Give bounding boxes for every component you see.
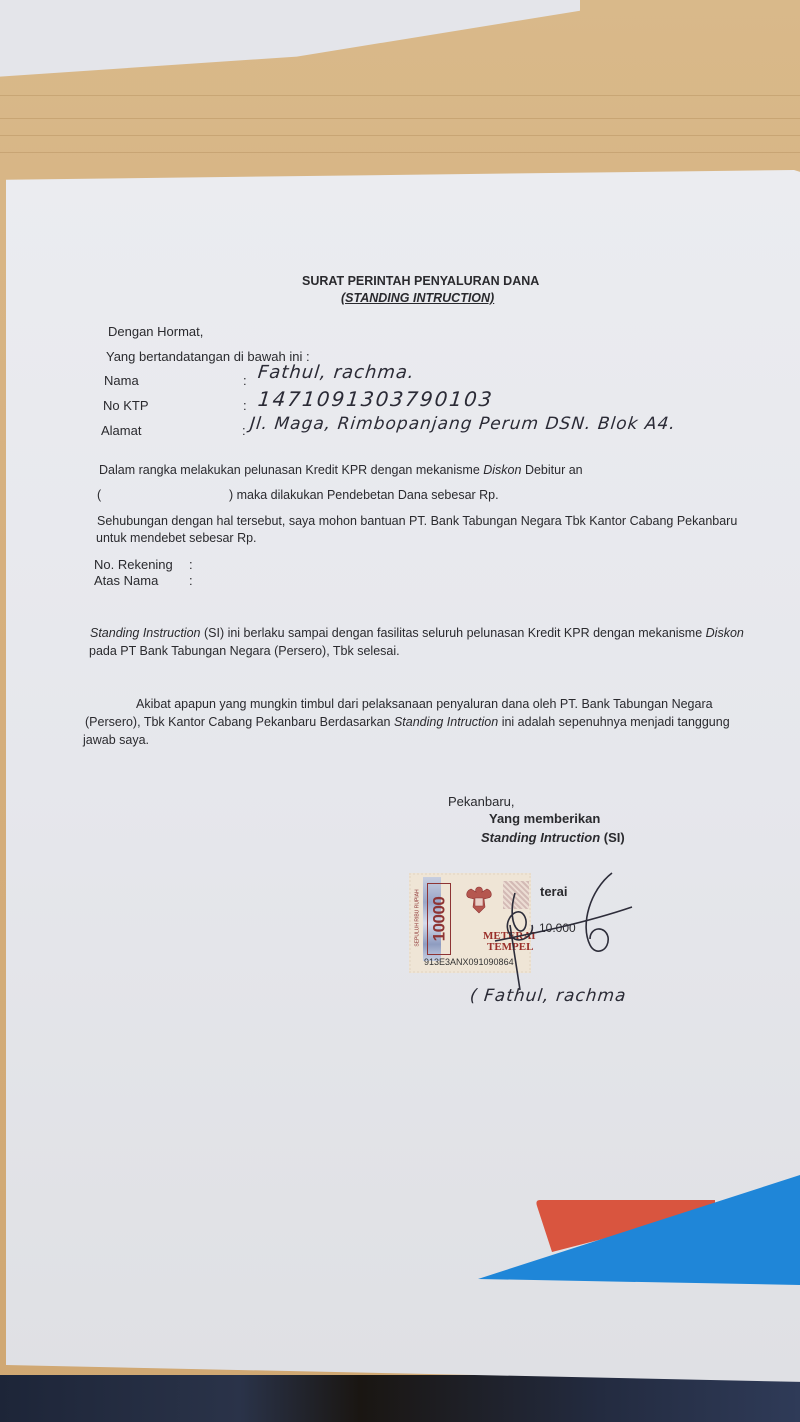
wood-grain — [0, 118, 800, 119]
field-label-nama: Nama — [104, 373, 139, 388]
wood-grain — [0, 95, 800, 96]
closing-si: Standing Intruction (SI) — [481, 830, 625, 845]
wood-grain — [0, 152, 800, 153]
account-colon: : — [189, 557, 193, 572]
paragraph-kpr-italic: Diskon — [483, 463, 521, 477]
paragraph-sehubungan: Sehubungan dengan hal tersebut, saya moh… — [97, 514, 737, 528]
paragraph-akibat-line3: jawab saya. — [83, 733, 149, 747]
paragraph-akibat-text: (Persero), Tbk Kantor Cabang Pekanbaru B… — [85, 715, 394, 729]
paragraph-sehubungan-line2: untuk mendebet sebesar Rp. — [96, 531, 257, 545]
paragraph-si: Standing Instruction (SI) ini berlaku sa… — [90, 626, 744, 640]
account-colon: : — [189, 573, 193, 588]
account-label-rekening: No. Rekening — [94, 557, 173, 572]
signature-icon — [440, 865, 660, 1005]
pendebetan-text: ) maka dilakukan Pendebetan Dana sebesar… — [229, 488, 499, 502]
paragraph-akibat-line2: (Persero), Tbk Kantor Cabang Pekanbaru B… — [85, 715, 730, 729]
account-label-nama: Atas Nama — [94, 573, 158, 588]
paragraph-kpr: Dalam rangka melakukan pelunasan Kredit … — [99, 463, 583, 477]
background-paper-sheet — [0, 0, 580, 80]
field-value-ktp: 1471091303790103 — [257, 387, 495, 411]
document-title: SURAT PERINTAH PENYALURAN DANA — [302, 274, 539, 288]
field-colon: : — [242, 423, 246, 438]
paragraph-kpr-text-end: Debitur an — [521, 463, 582, 477]
paragraph-akibat: Akibat apapun yang mungkin timbul dari p… — [136, 697, 713, 711]
paragraph-si-text: (SI) ini berlaku sampai dengan fasilitas… — [201, 626, 706, 640]
field-label-alamat: Alamat — [101, 423, 141, 438]
paragraph-kpr-text: Dalam rangka melakukan pelunasan Kredit … — [99, 463, 483, 477]
greeting: Dengan Hormat, — [108, 324, 203, 339]
paragraph-akibat-italic: Standing Intruction — [394, 715, 498, 729]
closing-si-suffix: (SI) — [600, 830, 625, 845]
closing-si-italic: Standing Intruction — [481, 830, 600, 845]
field-value-nama: Fathul, rachma. — [257, 362, 416, 383]
closing-giver: Yang memberikan — [489, 811, 600, 826]
field-value-alamat: Jl. Maga, Rimbopanjang Perum DSN. Blok A… — [249, 414, 677, 434]
paragraph-si-italic: Standing Instruction — [90, 626, 201, 640]
debitur-open-paren: ( — [97, 488, 101, 502]
stamp-side-text: SEPULUH RIBU RUPIAH — [415, 889, 421, 946]
document-subtitle: (STANDING INTRUCTION) — [341, 291, 494, 305]
signature-name: ( Fathul, rachma — [469, 986, 628, 1006]
field-label-ktp: No KTP — [103, 398, 149, 413]
wood-grain — [0, 135, 800, 136]
field-colon: : — [243, 373, 247, 388]
paragraph-si-italic2: Diskon — [706, 626, 744, 640]
closing-city: Pekanbaru, — [448, 794, 515, 809]
paragraph-si-line2: pada PT Bank Tabungan Negara (Persero), … — [89, 644, 400, 658]
background-fabric — [0, 1375, 800, 1422]
paragraph-akibat-text-end: ini adalah sepenuhnya menjadi tanggung — [498, 715, 729, 729]
field-colon: : — [243, 398, 247, 413]
